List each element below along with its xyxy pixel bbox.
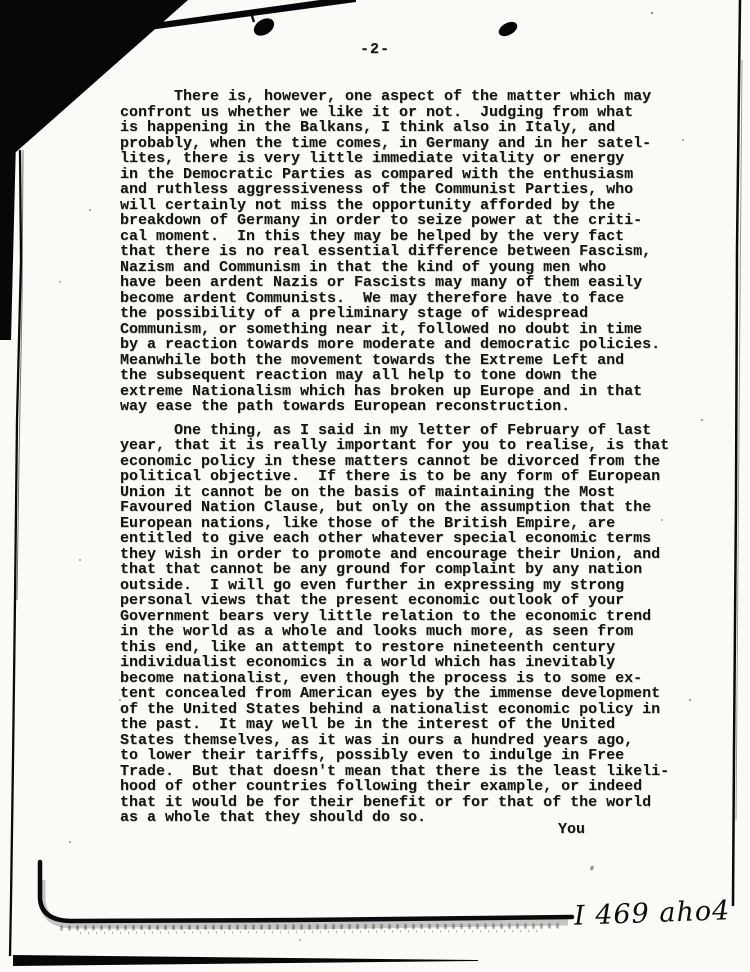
paragraph: There is, however, one aspect of the mat…	[120, 89, 695, 415]
text-line: way ease the path towards European recon…	[120, 399, 695, 415]
text-line: European nations, like those of the Brit…	[120, 516, 695, 532]
text-line: There is, however, one aspect of the mat…	[120, 89, 695, 105]
text-line: to lower their tariffs, possibly even to…	[120, 748, 695, 764]
text-line: confront us whether we like it or not. J…	[120, 105, 695, 121]
text-line: extreme Nationalism which has broken up …	[120, 384, 695, 400]
text-line: personal views that the present economic…	[120, 593, 695, 609]
text-line: Meanwhile both the movement towards the …	[120, 353, 695, 369]
text-line: breakdown of Germany in order to seize p…	[120, 213, 695, 229]
text-line: the subsequent reaction may all help to …	[120, 368, 695, 384]
text-line: that that cannot be any ground for compl…	[120, 562, 695, 578]
ink-spot-artifact	[251, 13, 520, 39]
text-line: Union it cannot be on the basis of maint…	[120, 485, 695, 501]
text-line: they wish in order to promote and encour…	[120, 547, 695, 563]
text-line: States themselves, as it was in ours a h…	[120, 733, 695, 749]
text-line: One thing, as I said in my letter of Feb…	[120, 423, 695, 439]
text-line: become nationalist, even though the proc…	[120, 671, 695, 687]
text-line: of the United States behind a nationalis…	[120, 702, 695, 718]
text-line: Government bears very little relation to…	[120, 609, 695, 625]
text-line: entitled to give each other whatever spe…	[120, 531, 695, 547]
paragraph: One thing, as I said in my letter of Feb…	[120, 423, 695, 826]
bottom-bar-artifact	[13, 955, 478, 966]
text-line: as a whole that they should do so.	[120, 810, 695, 826]
diagonal-crease-artifact	[60, 0, 356, 42]
text-line: by a reaction towards more moderate and …	[120, 337, 695, 353]
document-page: -2- There is, however, one aspect of the…	[0, 0, 750, 972]
text-line: political objective. If there is to be a…	[120, 469, 695, 485]
text-line: that it would be for their benefit or fo…	[120, 795, 695, 811]
text-line: individualist economics in a world which…	[120, 655, 695, 671]
text-line: the possibility of a preliminary stage o…	[120, 306, 695, 322]
text-line: is happening in the Balkans, I think als…	[120, 120, 695, 136]
text-line: have been ardent Nazis or Fascists may m…	[120, 275, 695, 291]
text-line: this end, like an attempt to restore nin…	[120, 640, 695, 656]
text-line: cal moment. In this they may be helped b…	[120, 229, 695, 245]
page-number: -2-	[0, 41, 750, 58]
bottom-page-edge-artifact	[40, 862, 572, 933]
letter-body: There is, however, one aspect of the mat…	[120, 89, 695, 826]
text-line: Nazism and Communism in that the kind of…	[120, 260, 695, 276]
right-edge-line-artifact	[733, 0, 742, 906]
text-line: Trade. But that doesn't mean that there …	[120, 764, 695, 780]
text-line: tent concealed from American eyes by the…	[120, 686, 695, 702]
text-line: economic policy in these matters cannot …	[120, 454, 695, 470]
text-line: become ardent Communists. We may therefo…	[120, 291, 695, 307]
text-line: outside. I will go even further in expre…	[120, 578, 695, 594]
text-line: in the world as a whole and looks much m…	[120, 624, 695, 640]
text-line: hood of other countries following their …	[120, 779, 695, 795]
text-line: in the Democratic Parties as compared wi…	[120, 167, 695, 183]
text-line: will certainly not miss the opportunity …	[120, 198, 695, 214]
handwritten-annotation: I 469 aho4	[574, 895, 731, 931]
text-line: lites, there is very little immediate vi…	[120, 151, 695, 167]
text-line: year, that it is really important for yo…	[120, 438, 695, 454]
text-line: and ruthless aggressiveness of the Commu…	[120, 182, 695, 198]
text-line: Favoured Nation Clause, but only on the …	[120, 500, 695, 516]
text-line: the past. It may well be in the interest…	[120, 717, 695, 733]
left-edge-line-artifact	[10, 150, 23, 956]
text-line: Communism, or something near it, followe…	[120, 322, 695, 338]
text-line: probably, when the time comes, in German…	[120, 136, 695, 152]
text-line: that there is no real essential differen…	[120, 244, 695, 260]
catchword: You	[558, 821, 585, 838]
